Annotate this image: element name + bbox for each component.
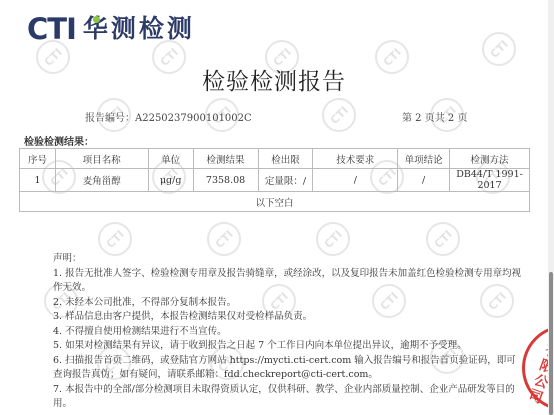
logo-dot-icon	[93, 16, 100, 23]
column-header: 单位	[148, 149, 193, 169]
column-header: 项目名称	[55, 149, 148, 169]
scrollbar[interactable]	[548, 0, 554, 415]
table-row: 1 麦角甾醇 μg/g 7358.08 定量限：/ / / DB44/T 199…	[20, 169, 530, 192]
table-cell: 7358.08	[193, 169, 258, 192]
column-header: 检出限	[258, 149, 313, 169]
note-item: 3. 样品信息由客户提供，本报告检测结果仅对受检样品负责。	[53, 310, 523, 325]
table-cell: DB44/T 1991-2017	[450, 169, 530, 192]
results-section-label: 检验检测结果：	[24, 133, 94, 148]
table-cell: 麦角甾醇	[55, 169, 148, 192]
table-cell: /	[398, 169, 450, 192]
column-header: 检测结果	[193, 149, 258, 169]
note-item: 4. 不得擅自使用检测结果进行不当宣传。	[53, 325, 523, 340]
column-header: 检测方法	[450, 149, 530, 169]
results-table: 序号 项目名称 单位 检测结果 检出限 技术要求 单项结论 检测方法 1 麦角甾…	[19, 148, 530, 212]
report-number: 报告编号：A2250237900101002C	[85, 109, 252, 124]
scrollbar-thumb[interactable]	[549, 272, 553, 415]
blank-below-note: 以下空白	[20, 192, 530, 212]
table-cell: 1	[20, 169, 56, 192]
note-item: 2. 未经本公司批准，不得部分复制本报告。	[53, 296, 523, 311]
column-header: 单项结论	[398, 149, 450, 169]
table-header-row: 序号 项目名称 单位 检测结果 检出限 技术要求 单项结论 检测方法	[20, 149, 530, 169]
report-title: 检验检测报告	[0, 63, 548, 96]
note-item: 5. 如果对检测结果有异议，请于收到报告之日起 7 个工作日内向本单位提出异议，…	[53, 339, 523, 354]
note-item: 6. 扫描报告首页二维码，或登陆官方网站 https://mycti.cti-c…	[53, 354, 523, 383]
report-number-value: A2250237900101002C	[135, 113, 252, 124]
table-cell: 定量限：/	[258, 169, 313, 192]
note-item: 7. 本报告中的全部/部分检测项目未取得资质认定，仅供科研、教学、企业内部质量控…	[53, 383, 523, 412]
report-page: CTI CTI CTI CTI CTI CTI CTI CTI CTI CTI …	[0, 0, 548, 415]
page-info: 第 2 页共 2 页	[402, 109, 467, 124]
table-footer-row: 以下空白	[20, 192, 530, 212]
watermark-icon: CTI	[315, 91, 363, 139]
column-header: 序号	[20, 149, 56, 169]
logo-text: CTI	[27, 12, 76, 46]
cti-logo: CTI 华测检测	[27, 12, 195, 46]
table-cell: /	[313, 169, 398, 192]
notes-heading: 声明：	[53, 252, 523, 267]
report-number-label: 报告编号：	[85, 113, 135, 124]
declaration-notes: 声明： 1. 报告无批准人签字、检验检测专用章及报告骑缝章，或经涂改，以及复印报…	[53, 252, 523, 412]
note-item: 1. 报告无批准人签字、检验检测专用章及报告骑缝章，或经涂改，以及复印报告未加盖…	[53, 267, 523, 296]
table-cell: μg/g	[148, 169, 193, 192]
column-header: 技术要求	[313, 149, 398, 169]
